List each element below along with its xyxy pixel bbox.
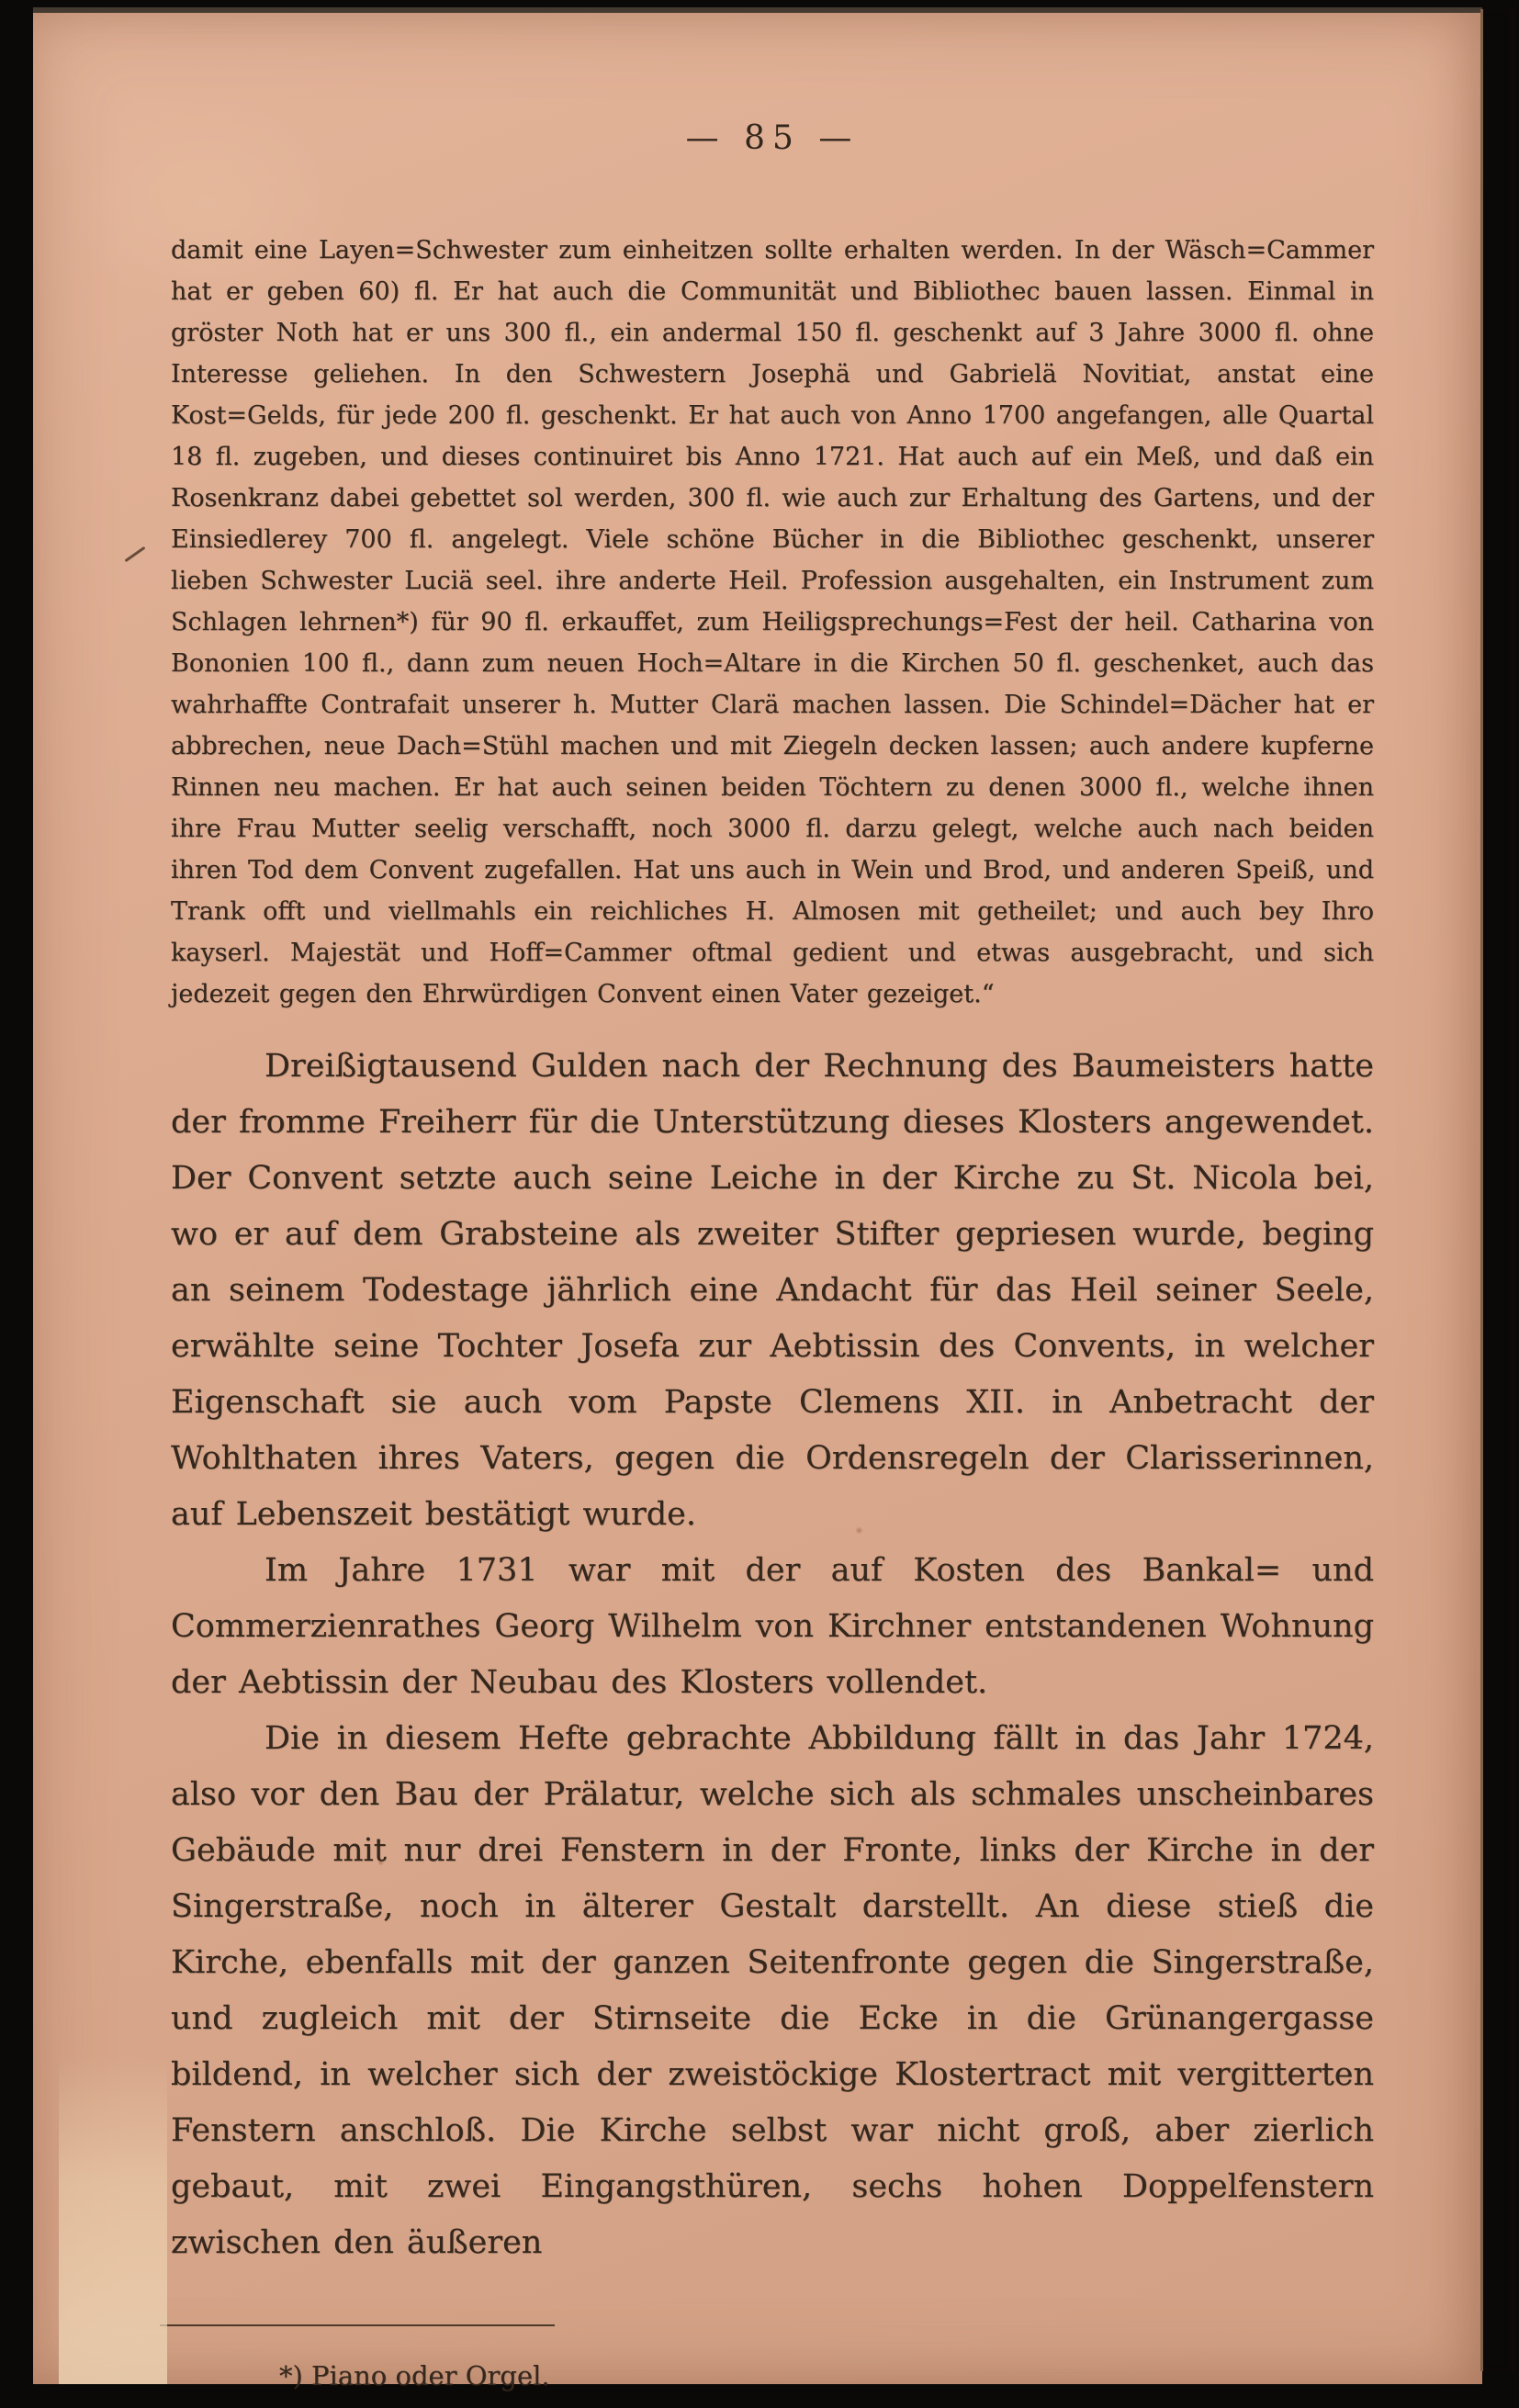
book-fore-edge xyxy=(1480,9,1514,2371)
paragraph-illustration-1724: Die in diesem Hefte gebrachte Abbildung … xyxy=(171,1711,1374,2271)
page-number-text: — 85 — xyxy=(686,119,860,157)
margin-ink-mark xyxy=(124,546,145,562)
footnote: *) Piano oder Orgel. xyxy=(279,2357,1374,2394)
scanned-page-paper: — 85 — damit eine Layen=Schwester zum ei… xyxy=(33,7,1482,2384)
paragraph-quote-continuation: damit eine Layen=Schwester zum einheitze… xyxy=(171,230,1374,1015)
footnote-marker: *) xyxy=(279,2360,303,2391)
footnote-rule xyxy=(160,2324,555,2326)
paragraph-summary: Dreißigtausend Gulden nach der Rechnung … xyxy=(171,1039,1374,1543)
paragraph-completion-1731: Im Jahre 1731 war mit der auf Kosten des… xyxy=(171,1543,1374,1711)
under-page-edge xyxy=(59,2054,167,2384)
text-block: damit eine Layen=Schwester zum einheitze… xyxy=(171,230,1374,2394)
page-number: — 85 — xyxy=(171,119,1374,157)
footnote-text: Piano oder Orgel. xyxy=(311,2360,550,2391)
